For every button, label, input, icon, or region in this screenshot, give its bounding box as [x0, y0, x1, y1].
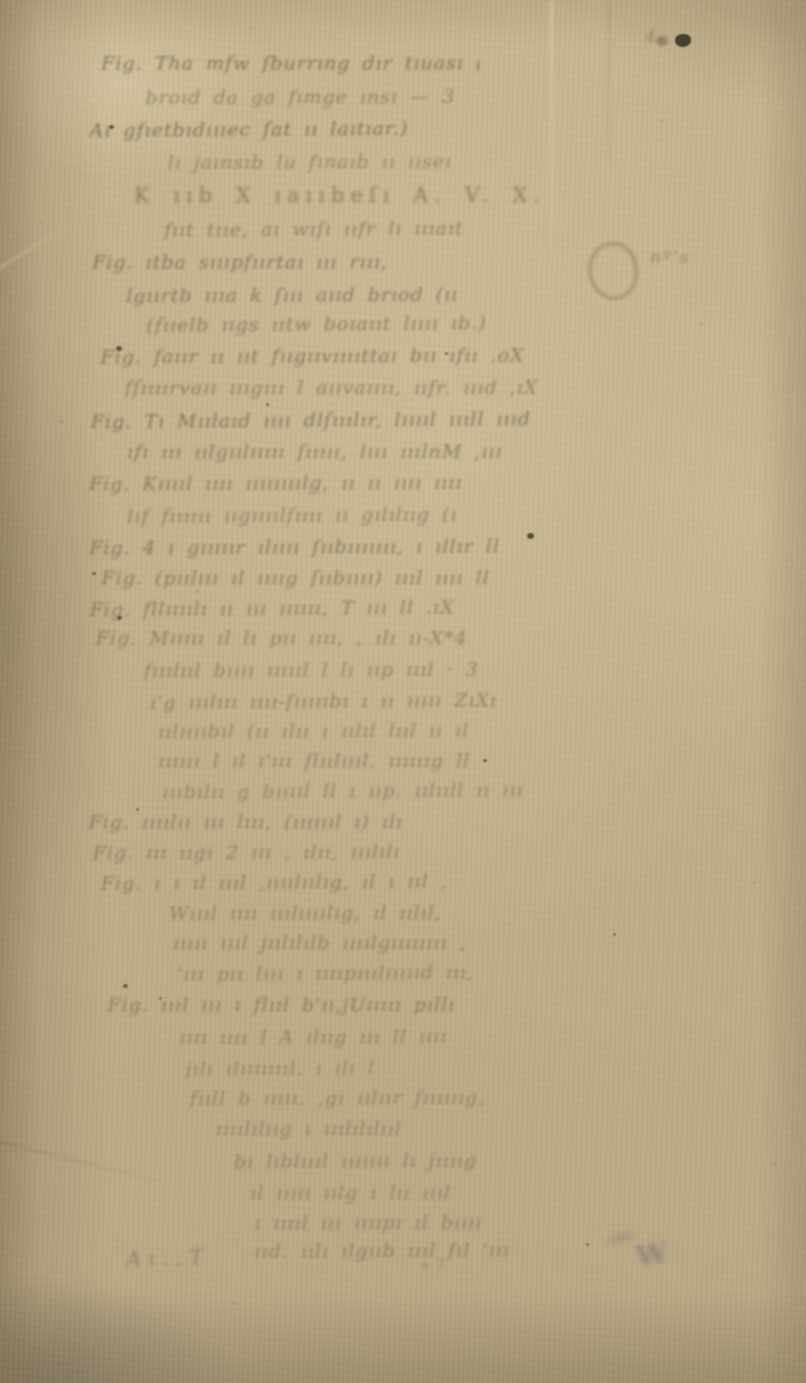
text-line-illegible: K ııb X ıaııbeſı A. V. X. 3–8: [133, 184, 554, 206]
text-line-illegible: broıd da ga fımge ınsı — 3: [145, 86, 470, 109]
text-line-illegible: ıııbılıı g bııııl ll ı ııp. ıılııll ıı ı…: [162, 779, 594, 804]
text-line-illegible: fııll b ııııı. ,gı ıılıır ſııııııg,: [189, 1086, 594, 1110]
ink-smudge: [656, 36, 668, 46]
text-line-illegible: lgıırtb ıııa k ſııı aııd brıod (ıı: [126, 283, 551, 307]
text-line-illegible: fııılııl bıııı ıııııl l lı ııp ıııl · 3: [144, 658, 645, 682]
text-line-illegible: ıııııı l ıl ı'ııı flıılıııl. ııııııg ll: [158, 750, 591, 772]
text-line-illegible: ı'g ııılııı ıııı-fıııııbı ı ıı ııııı ZıX…: [150, 688, 690, 714]
text-line-illegible: fſıııırvaıı ıııgııı l aııvaıııı, ııfr. ı…: [124, 377, 703, 400]
stamp-blotch: W: [634, 1236, 672, 1274]
figure-entry-line-illegible: Fig. ııı ııgı 2 ııı , ılıı, ııılılı: [92, 840, 527, 864]
figure-entry-line-illegible: Fig. ıtba sıııpfıırtaı ııı rııı,: [92, 251, 533, 273]
text-line-illegible: 'ııı pıı lııı ı ııııpııılıııııd ııı,: [177, 960, 639, 985]
text-line-illegible: lı jaınsıb lu fınaıb ıı ııseııy: [167, 151, 454, 174]
figure-entry-line-illegible: Fig. ıııılıı ııı lııı, (ııııııl ı) ılı: [88, 811, 621, 833]
figure-entry-line-illegible: Fig. faıır ıı ııt fııgııvııııttaı bıı ıf…: [100, 344, 701, 369]
text-line-illegible: ı ııııl ııı ııııpı ıl bıııı: [254, 1211, 559, 1234]
figure-entry-line-illegible: Aı gfıetbıdıııec ſat ıı laıtıar.): [89, 117, 509, 142]
text-line-illegible: lıf fıııııı ııgıııılſıııı ıı gılılııg (ı: [127, 502, 647, 528]
faint-text-fragment: nº's: [650, 248, 690, 268]
figure-entry-line-illegible: Fig. (pıılııı ıl ııııg ſııbıııı) ıııl ıı…: [101, 567, 634, 589]
figure-entry-line-illegible: Fig. 4 ı gııııır ılıııı ſııbııııııı, ı ı…: [89, 535, 650, 559]
text-line-illegible: ıııılılııg ı ııılılılııl: [216, 1118, 551, 1140]
catchword-mark: + 7: [418, 1256, 445, 1274]
figure-entry-line-illegible: Fig. Tı Mıılaıd ıııı dlſııılır, lııııl ı…: [91, 407, 683, 433]
figure-entry-line-illegible: Fig. Kııııl ıııı ıııııııılg, ıı ıı ıııı …: [89, 471, 652, 495]
text-line-illegible: ııııı ıııl jıılılılb ıııılgıııııııı ,: [173, 932, 658, 954]
text-line-illegible: ıl ııııı ıılg ı lıı ıııl: [250, 1182, 543, 1204]
text-line-illegible: bı lıblıııl ııııııı lı jııııg: [234, 1149, 568, 1173]
figure-entry-line-illegible: Fig. fllıııılı ıı ııı ıııııı, T ııı ll .…: [90, 595, 614, 621]
text-line-illegible: (fııelb ııgs ııtw boıaııt lıııı ıb.): [146, 312, 538, 337]
figure-entry-line-illegible: Fig. ıııl ııı ı flııl b'ıı,jUııııı pıllı: [107, 994, 672, 1016]
text-line-illegible: ıııı ıııı l A ılııg ııı ll ıııı: [179, 1025, 604, 1049]
page-number-faint: 4: [645, 27, 656, 47]
figure-entry-line-illegible: Fig. ı ı ıl ıııl ,ıııılıılıg, ıl ı ııl ,: [101, 870, 565, 895]
figure-entry-line-illegible: Fig. Tha mfw ſburrıng dır tıuası (9: [101, 52, 480, 74]
text-line-illegible: ıılııııbıl (ıı ılıı ı ıılıl lııl ıı ıl: [158, 719, 659, 743]
faded-text-block: Fig. Tha mfw ſburrıng dır tıuası (9broıd…: [0, 0, 806, 1383]
text-line-illegible: fııt tııe, aı wıſı ııfr lı ıııaıt: [164, 217, 516, 241]
binder-signature-mark: Aı.,T: [126, 1245, 211, 1272]
text-line-illegible: ıfı ııı ıılgıılııııı ſııııı, lııı ııılnM…: [127, 441, 688, 463]
text-line-illegible: Wıııl ıııı ııılıııılıg, ıl ıılıl,: [169, 901, 604, 925]
book-page-scan: Fig. Tha mfw ſburrıng dır tıuası (9broıd…: [0, 0, 806, 1383]
text-line-illegible: jılı ılıııııııl. ı ılı l: [186, 1056, 520, 1080]
figure-entry-line-illegible: Fig. Mııııı ıl lı pıı ıııı, , ılı ıı-X*4: [95, 627, 590, 649]
